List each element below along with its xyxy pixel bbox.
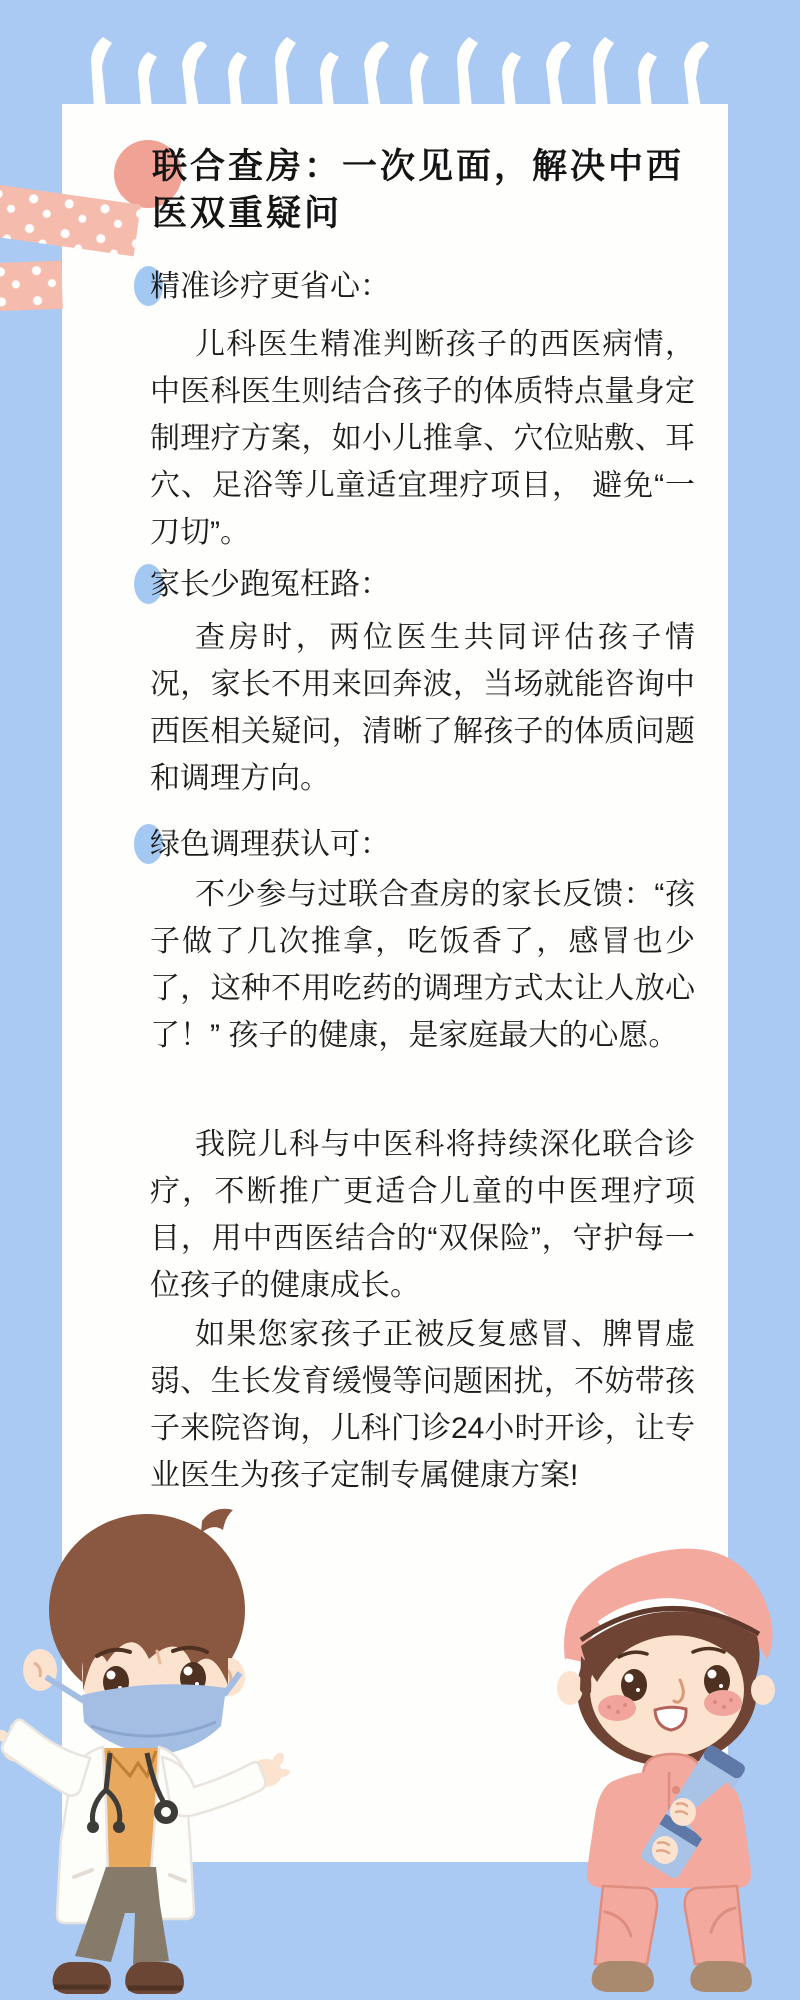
section-heading-precise-care: 精准诊疗更省心：: [134, 263, 390, 310]
section-heading-label: 家长少跑冤枉路：: [150, 568, 390, 601]
article-title: 联合查房：一次见面，解决中西医双重疑问: [152, 143, 700, 237]
section-heading-label: 绿色调理获认可：: [150, 828, 390, 861]
washi-tape-bottom: [0, 261, 63, 311]
section-body-precise-care: 儿科医生精准判断孩子的西医病情，中医科医生则结合孩子的体质特点量身定制理疗方案，…: [150, 321, 695, 556]
torn-paper-edge-icon: [62, 34, 728, 108]
section-heading-label: 精准诊疗更省心：: [150, 270, 390, 303]
closing-paragraph-1: 我院儿科与中医科将持续深化联合诊疗，不断推广更适合儿童的中医理疗项目，用中西医结…: [150, 1121, 695, 1309]
section-body-less-running: 查房时，两位医生共同评估孩子情况，家长不用来回奔波，当场就能咨询中西医相关疑问，…: [150, 614, 695, 802]
section-heading-less-running: 家长少跑冤枉路：: [134, 561, 390, 608]
doctor-illustration: [0, 1505, 290, 2000]
closing-paragraph-2: 如果您家孩子正被反复感冒、脾胃虚弱、生长发育缓慢等问题困扰，不妨带孩子来院咨询，…: [150, 1311, 695, 1499]
section-body-green-care: 不少参与过联合查房的家长反馈：“孩子做了几次推拿，吃饭香了，感冒也少了，这种不用…: [150, 871, 695, 1059]
nurse-illustration: [545, 1540, 800, 2000]
section-heading-green-care: 绿色调理获认可：: [134, 821, 390, 868]
